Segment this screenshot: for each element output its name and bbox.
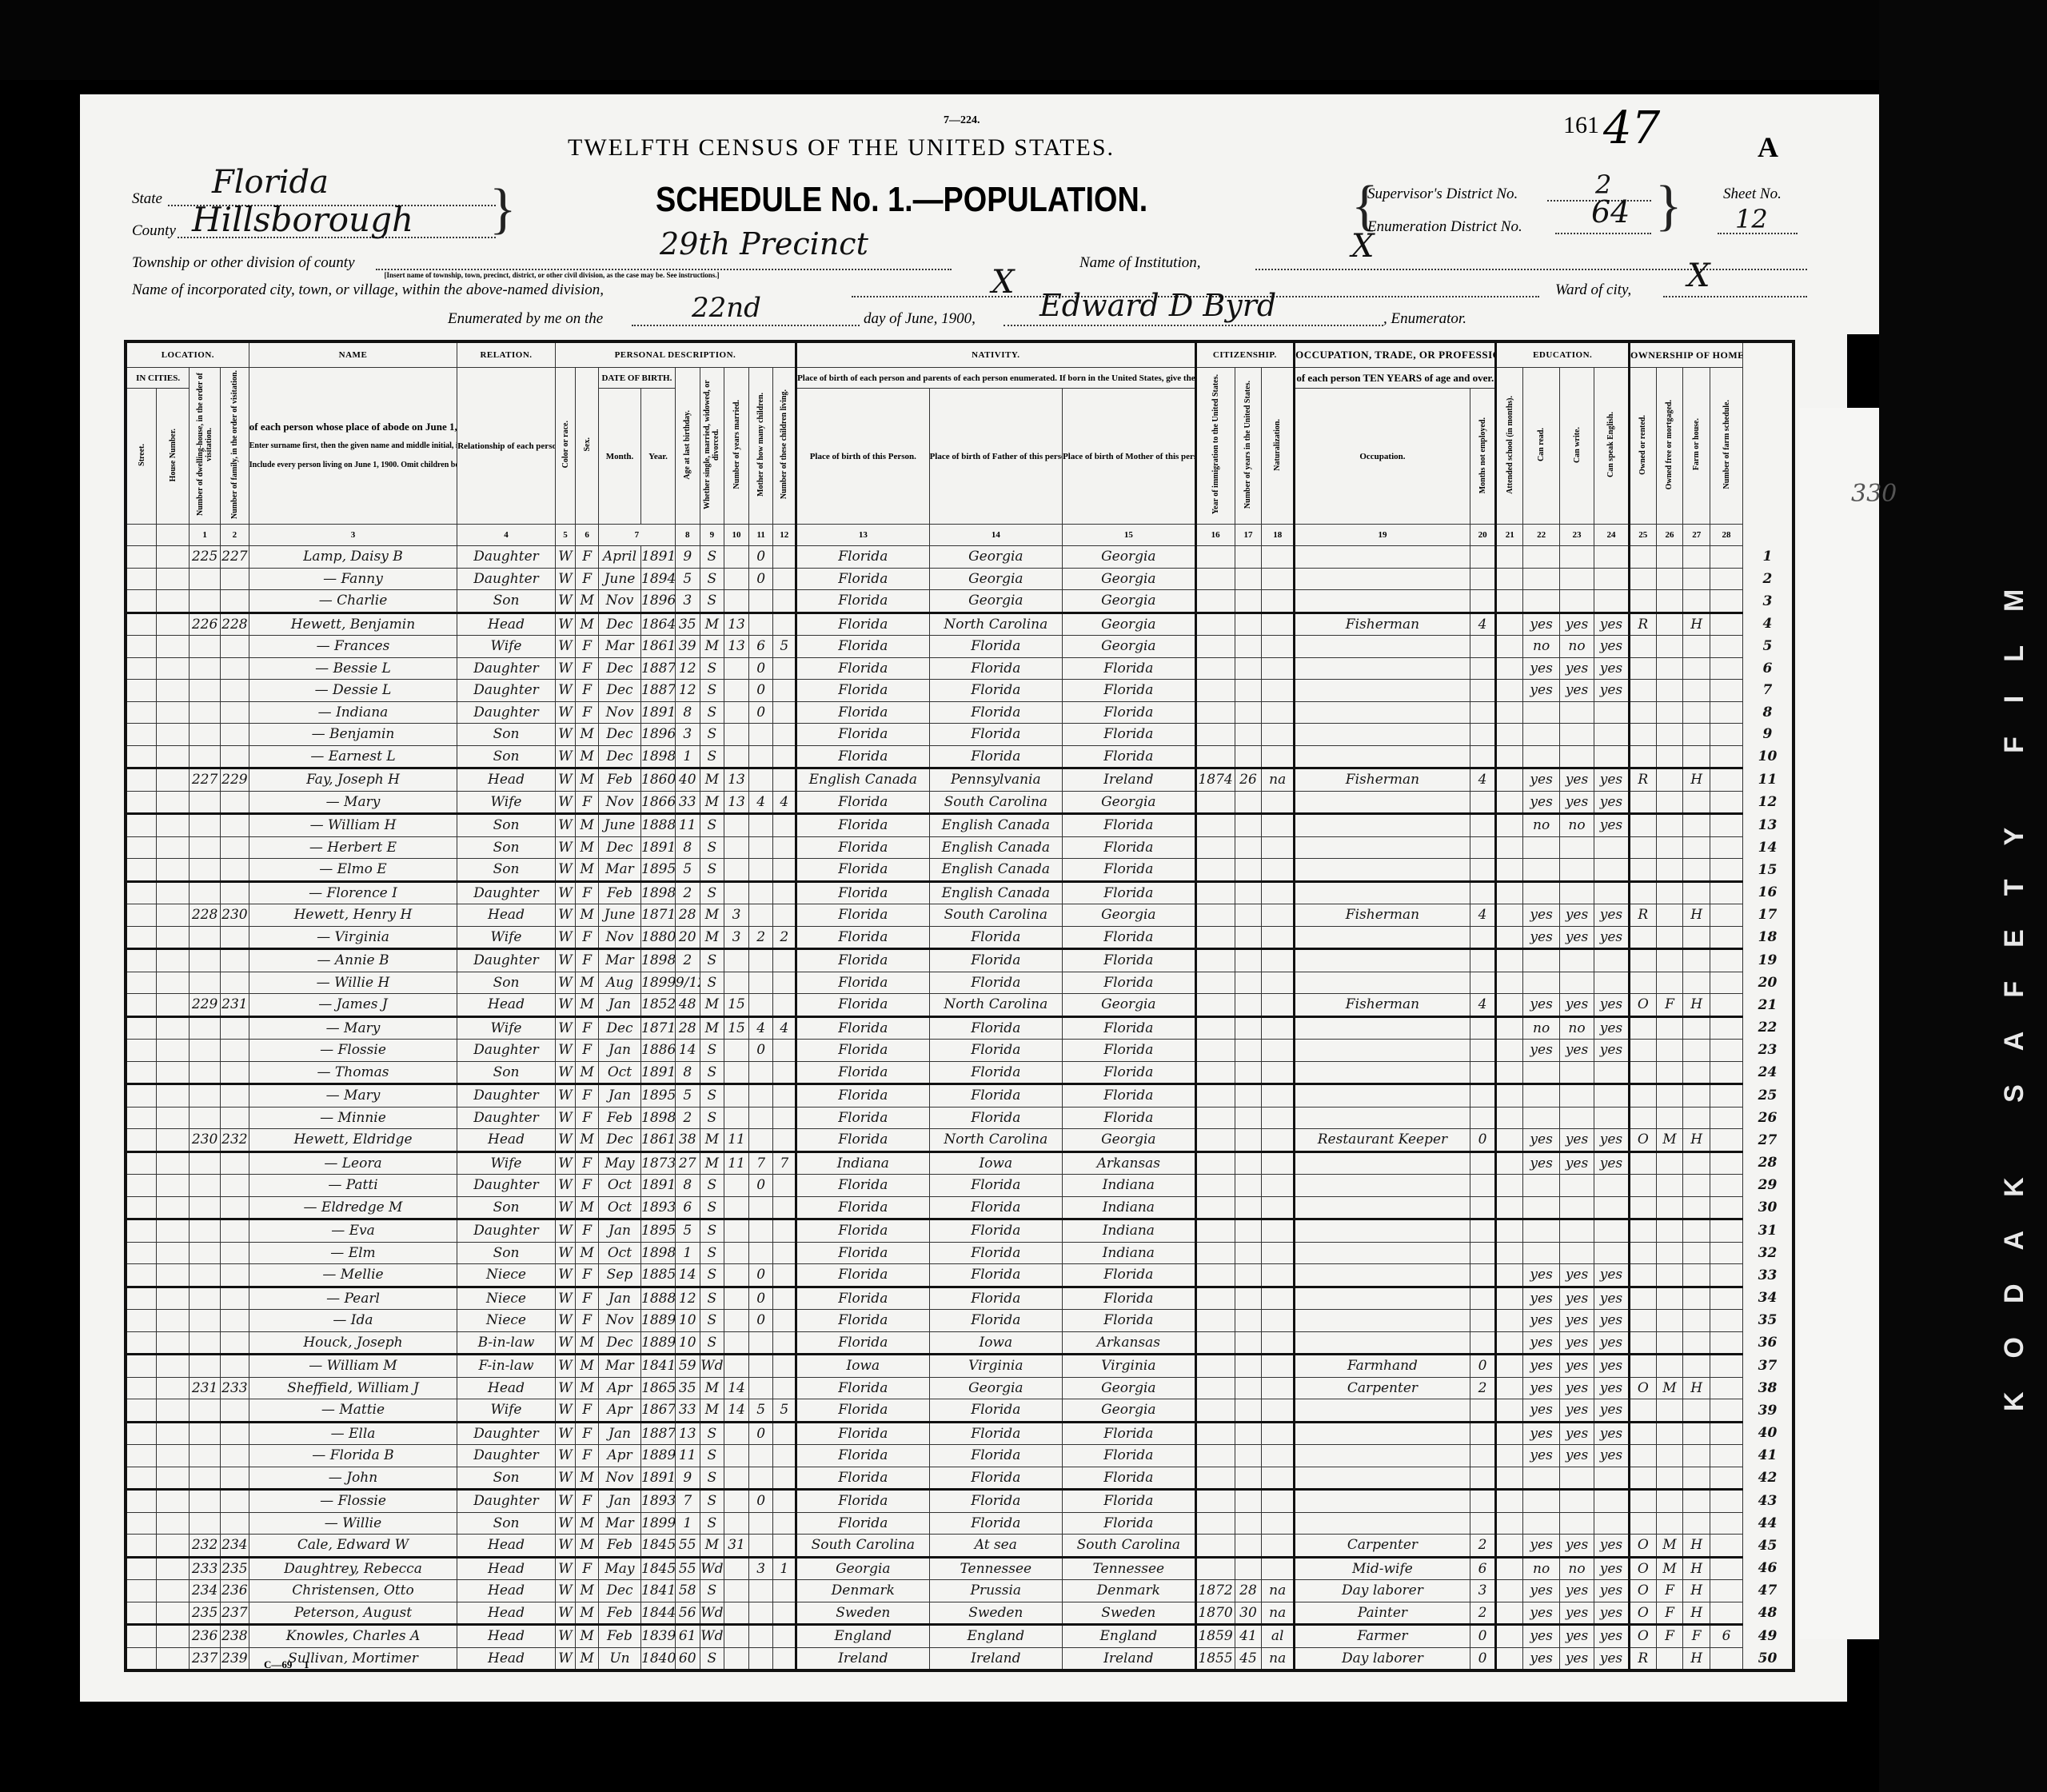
birthplace-father[interactable]: Florida bbox=[929, 657, 1063, 680]
months-unemployed[interactable] bbox=[1470, 745, 1496, 768]
owned-rented[interactable] bbox=[1629, 1399, 1656, 1423]
sex[interactable]: F bbox=[576, 1107, 599, 1129]
children-living[interactable] bbox=[773, 1242, 796, 1264]
school-months[interactable] bbox=[1496, 1331, 1523, 1355]
house-number-cell[interactable] bbox=[157, 814, 190, 837]
color-race[interactable]: W bbox=[555, 1647, 576, 1670]
birthplace-person[interactable]: Iowa bbox=[796, 1355, 930, 1378]
birthplace-mother[interactable]: Denmark bbox=[1063, 1580, 1196, 1602]
color-race[interactable]: W bbox=[555, 1287, 576, 1310]
birthplace-person[interactable]: Florida bbox=[796, 568, 930, 590]
family-number[interactable]: 239 bbox=[220, 1647, 249, 1670]
birth-year[interactable]: 1888 bbox=[641, 1287, 676, 1310]
school-months[interactable] bbox=[1496, 1535, 1523, 1558]
farm-house[interactable] bbox=[1683, 657, 1710, 680]
can-read[interactable]: yes bbox=[1523, 1377, 1560, 1399]
family-number[interactable]: 231 bbox=[220, 994, 249, 1017]
children-living[interactable] bbox=[773, 1219, 796, 1243]
relationship[interactable]: Daughter bbox=[457, 1175, 556, 1197]
occupation[interactable] bbox=[1295, 972, 1470, 994]
free-mortgaged[interactable] bbox=[1656, 949, 1683, 972]
can-read[interactable]: yes bbox=[1523, 1151, 1560, 1175]
color-race[interactable]: W bbox=[555, 881, 576, 904]
school-months[interactable] bbox=[1496, 904, 1523, 927]
birthplace-person[interactable]: Florida bbox=[796, 1467, 930, 1490]
farm-schedule-number[interactable] bbox=[1710, 949, 1743, 972]
birthplace-mother[interactable]: Florida bbox=[1063, 1490, 1196, 1513]
family-number[interactable]: 238 bbox=[220, 1625, 249, 1648]
age[interactable]: 28 bbox=[675, 1016, 700, 1040]
relationship[interactable]: Niece bbox=[457, 1264, 556, 1287]
can-write[interactable]: yes bbox=[1560, 768, 1594, 792]
birth-month[interactable]: Jan bbox=[598, 1040, 640, 1062]
years-in-us[interactable] bbox=[1235, 836, 1262, 859]
age[interactable]: 9/12 bbox=[675, 972, 700, 994]
marital-status[interactable]: S bbox=[700, 1331, 724, 1355]
occupation[interactable] bbox=[1295, 1445, 1470, 1467]
farm-schedule-number[interactable] bbox=[1710, 701, 1743, 724]
birthplace-father[interactable]: English Canada bbox=[929, 881, 1063, 904]
state-value[interactable]: Florida bbox=[212, 164, 329, 201]
house-number-cell[interactable] bbox=[157, 1084, 190, 1108]
dwelling-number[interactable] bbox=[190, 1040, 221, 1062]
immigration-year[interactable] bbox=[1195, 881, 1235, 904]
birthplace-father[interactable]: Florida bbox=[929, 1310, 1063, 1332]
age[interactable]: 35 bbox=[675, 1377, 700, 1399]
farm-schedule-number[interactable] bbox=[1710, 791, 1743, 814]
house-number-cell[interactable] bbox=[157, 1422, 190, 1445]
free-mortgaged[interactable] bbox=[1656, 1355, 1683, 1378]
relationship[interactable]: Daughter bbox=[457, 949, 556, 972]
free-mortgaged[interactable] bbox=[1656, 1264, 1683, 1287]
years-in-us[interactable] bbox=[1235, 701, 1262, 724]
family-number[interactable] bbox=[220, 745, 249, 768]
street-cell[interactable] bbox=[126, 1602, 157, 1625]
mother-of-children[interactable] bbox=[748, 745, 773, 768]
mother-of-children[interactable]: 0 bbox=[748, 1310, 773, 1332]
street-cell[interactable] bbox=[126, 994, 157, 1017]
children-living[interactable] bbox=[773, 1061, 796, 1084]
years-in-us[interactable] bbox=[1235, 1242, 1262, 1264]
years-married[interactable] bbox=[724, 1310, 749, 1332]
children-living[interactable] bbox=[773, 657, 796, 680]
person-name[interactable]: — James J bbox=[249, 994, 457, 1017]
speaks-english[interactable] bbox=[1594, 1219, 1629, 1243]
farm-schedule-number[interactable] bbox=[1710, 613, 1743, 636]
owned-rented[interactable] bbox=[1629, 1175, 1656, 1197]
farm-schedule-number[interactable] bbox=[1710, 546, 1743, 569]
can-write[interactable]: yes bbox=[1560, 1264, 1594, 1287]
months-unemployed[interactable] bbox=[1470, 568, 1496, 590]
birthplace-person[interactable]: Florida bbox=[796, 814, 930, 837]
relationship[interactable]: Head bbox=[457, 1129, 556, 1152]
mother-of-children[interactable] bbox=[748, 1084, 773, 1108]
years-married[interactable] bbox=[724, 1512, 749, 1535]
farm-house[interactable] bbox=[1683, 1242, 1710, 1264]
birthplace-person[interactable]: South Carolina bbox=[796, 1535, 930, 1558]
color-race[interactable]: W bbox=[555, 1377, 576, 1399]
can-write[interactable]: yes bbox=[1560, 1129, 1594, 1152]
months-unemployed[interactable] bbox=[1470, 1016, 1496, 1040]
house-number-cell[interactable] bbox=[157, 1557, 190, 1580]
school-months[interactable] bbox=[1496, 1580, 1523, 1602]
free-mortgaged[interactable] bbox=[1656, 1151, 1683, 1175]
can-write[interactable] bbox=[1560, 1219, 1594, 1243]
years-in-us[interactable] bbox=[1235, 1490, 1262, 1513]
dwelling-number[interactable] bbox=[190, 590, 221, 613]
birthplace-mother[interactable]: Florida bbox=[1063, 949, 1196, 972]
immigration-year[interactable] bbox=[1195, 636, 1235, 658]
can-write[interactable]: yes bbox=[1560, 1647, 1594, 1670]
relationship[interactable]: Son bbox=[457, 1061, 556, 1084]
sex[interactable]: F bbox=[576, 657, 599, 680]
free-mortgaged[interactable] bbox=[1656, 836, 1683, 859]
can-read[interactable]: yes bbox=[1523, 1580, 1560, 1602]
dwelling-number[interactable] bbox=[190, 1355, 221, 1378]
can-write[interactable]: yes bbox=[1560, 904, 1594, 927]
free-mortgaged[interactable] bbox=[1656, 1107, 1683, 1129]
farm-house[interactable] bbox=[1683, 1264, 1710, 1287]
birth-month[interactable]: Jan bbox=[598, 1490, 640, 1513]
occupation[interactable]: Fisherman bbox=[1295, 768, 1470, 792]
years-married[interactable] bbox=[724, 1084, 749, 1108]
can-read[interactable] bbox=[1523, 1196, 1560, 1219]
birthplace-person[interactable]: Florida bbox=[796, 926, 930, 949]
color-race[interactable]: W bbox=[555, 836, 576, 859]
relationship[interactable]: Daughter bbox=[457, 1219, 556, 1243]
school-months[interactable] bbox=[1496, 1422, 1523, 1445]
dwelling-number[interactable] bbox=[190, 1107, 221, 1129]
birthplace-father[interactable]: Florida bbox=[929, 1242, 1063, 1264]
free-mortgaged[interactable]: F bbox=[1656, 994, 1683, 1017]
farm-house[interactable] bbox=[1683, 1287, 1710, 1310]
immigration-year[interactable] bbox=[1195, 814, 1235, 837]
birthplace-father[interactable]: North Carolina bbox=[929, 994, 1063, 1017]
years-married[interactable]: 3 bbox=[724, 926, 749, 949]
owned-rented[interactable] bbox=[1629, 1084, 1656, 1108]
years-married[interactable] bbox=[724, 1219, 749, 1243]
street-cell[interactable] bbox=[126, 1331, 157, 1355]
marital-status[interactable]: S bbox=[700, 1512, 724, 1535]
house-number-cell[interactable] bbox=[157, 613, 190, 636]
years-married[interactable] bbox=[724, 814, 749, 837]
mother-of-children[interactable] bbox=[748, 1377, 773, 1399]
can-write[interactable] bbox=[1560, 949, 1594, 972]
family-number[interactable] bbox=[220, 1196, 249, 1219]
person-name[interactable]: — Florence I bbox=[249, 881, 457, 904]
street-cell[interactable] bbox=[126, 791, 157, 814]
months-unemployed[interactable] bbox=[1470, 881, 1496, 904]
birth-month[interactable]: June bbox=[598, 568, 640, 590]
speaks-english[interactable] bbox=[1594, 949, 1629, 972]
naturalization[interactable] bbox=[1262, 949, 1295, 972]
can-read[interactable] bbox=[1523, 1084, 1560, 1108]
person-name[interactable]: — Eldredge M bbox=[249, 1196, 457, 1219]
farm-schedule-number[interactable] bbox=[1710, 1040, 1743, 1062]
person-name[interactable]: — Charlie bbox=[249, 590, 457, 613]
birth-year[interactable]: 1886 bbox=[641, 1040, 676, 1062]
owned-rented[interactable] bbox=[1629, 1061, 1656, 1084]
birthplace-person[interactable]: Florida bbox=[796, 791, 930, 814]
relationship[interactable]: Head bbox=[457, 1580, 556, 1602]
relationship[interactable]: Wife bbox=[457, 636, 556, 658]
can-write[interactable] bbox=[1560, 972, 1594, 994]
age[interactable]: 8 bbox=[675, 1175, 700, 1197]
school-months[interactable] bbox=[1496, 1084, 1523, 1108]
color-race[interactable]: W bbox=[555, 657, 576, 680]
birthplace-person[interactable]: Florida bbox=[796, 1512, 930, 1535]
immigration-year[interactable] bbox=[1195, 1219, 1235, 1243]
years-in-us[interactable] bbox=[1235, 745, 1262, 768]
dwelling-number[interactable] bbox=[190, 1061, 221, 1084]
birthplace-father[interactable]: North Carolina bbox=[929, 1129, 1063, 1152]
birthplace-mother[interactable]: Ireland bbox=[1063, 768, 1196, 792]
school-months[interactable] bbox=[1496, 1377, 1523, 1399]
dwelling-number[interactable] bbox=[190, 926, 221, 949]
years-in-us[interactable] bbox=[1235, 1445, 1262, 1467]
months-unemployed[interactable] bbox=[1470, 1264, 1496, 1287]
farm-house[interactable] bbox=[1683, 1061, 1710, 1084]
street-cell[interactable] bbox=[126, 724, 157, 746]
birthplace-person[interactable]: Florida bbox=[796, 1399, 930, 1423]
years-married[interactable] bbox=[724, 1242, 749, 1264]
age[interactable]: 5 bbox=[675, 1219, 700, 1243]
sex[interactable]: M bbox=[576, 1647, 599, 1670]
farm-house[interactable] bbox=[1683, 680, 1710, 702]
occupation[interactable] bbox=[1295, 1331, 1470, 1355]
person-name[interactable]: Hewett, Eldridge bbox=[249, 1129, 457, 1152]
occupation[interactable]: Farmhand bbox=[1295, 1355, 1470, 1378]
naturalization[interactable] bbox=[1262, 1535, 1295, 1558]
speaks-english[interactable]: yes bbox=[1594, 1151, 1629, 1175]
sex[interactable]: F bbox=[576, 546, 599, 569]
house-number-cell[interactable] bbox=[157, 1287, 190, 1310]
birthplace-person[interactable]: Florida bbox=[796, 1196, 930, 1219]
owned-rented[interactable] bbox=[1629, 1151, 1656, 1175]
farm-schedule-number[interactable] bbox=[1710, 636, 1743, 658]
months-unemployed[interactable] bbox=[1470, 814, 1496, 837]
birthplace-father[interactable]: Georgia bbox=[929, 590, 1063, 613]
naturalization[interactable] bbox=[1262, 680, 1295, 702]
can-write[interactable] bbox=[1560, 881, 1594, 904]
birthplace-person[interactable]: Florida bbox=[796, 1310, 930, 1332]
can-write[interactable]: yes bbox=[1560, 1602, 1594, 1625]
naturalization[interactable] bbox=[1262, 1512, 1295, 1535]
months-unemployed[interactable]: 0 bbox=[1470, 1129, 1496, 1152]
children-living[interactable] bbox=[773, 859, 796, 882]
free-mortgaged[interactable]: M bbox=[1656, 1557, 1683, 1580]
years-in-us[interactable] bbox=[1235, 1196, 1262, 1219]
can-write[interactable] bbox=[1560, 836, 1594, 859]
relationship[interactable]: Head bbox=[457, 1625, 556, 1648]
birth-year[interactable]: 1871 bbox=[641, 1016, 676, 1040]
enumerator-name[interactable]: Edward D Byrd bbox=[1039, 288, 1276, 323]
can-write[interactable]: no bbox=[1560, 636, 1594, 658]
owned-rented[interactable] bbox=[1629, 1445, 1656, 1467]
months-unemployed[interactable] bbox=[1470, 1512, 1496, 1535]
color-race[interactable]: W bbox=[555, 1016, 576, 1040]
marital-status[interactable]: S bbox=[700, 1061, 724, 1084]
person-name[interactable]: — Elm bbox=[249, 1242, 457, 1264]
birthplace-mother[interactable]: Florida bbox=[1063, 724, 1196, 746]
street-cell[interactable] bbox=[126, 1129, 157, 1152]
immigration-year[interactable] bbox=[1195, 1331, 1235, 1355]
marital-status[interactable]: S bbox=[700, 1287, 724, 1310]
years-in-us[interactable] bbox=[1235, 680, 1262, 702]
years-married[interactable] bbox=[724, 1107, 749, 1129]
birthplace-father[interactable]: Florida bbox=[929, 701, 1063, 724]
birth-month[interactable]: Mar bbox=[598, 1355, 640, 1378]
immigration-year[interactable]: 1874 bbox=[1195, 768, 1235, 792]
mother-of-children[interactable]: 0 bbox=[748, 546, 773, 569]
person-name[interactable]: — Elmo E bbox=[249, 859, 457, 882]
children-living[interactable]: 4 bbox=[773, 791, 796, 814]
can-read[interactable]: yes bbox=[1523, 1331, 1560, 1355]
years-in-us[interactable]: 30 bbox=[1235, 1602, 1262, 1625]
birthplace-mother[interactable]: Georgia bbox=[1063, 791, 1196, 814]
can-write[interactable] bbox=[1560, 724, 1594, 746]
birth-year[interactable]: 1898 bbox=[641, 881, 676, 904]
ward-value[interactable]: X bbox=[1687, 257, 1710, 294]
farm-schedule-number[interactable] bbox=[1710, 1264, 1743, 1287]
house-number-cell[interactable] bbox=[157, 1602, 190, 1625]
age[interactable]: 33 bbox=[675, 791, 700, 814]
birthplace-father[interactable]: Florida bbox=[929, 745, 1063, 768]
farm-schedule-number[interactable] bbox=[1710, 1580, 1743, 1602]
street-cell[interactable] bbox=[126, 881, 157, 904]
street-cell[interactable] bbox=[126, 1151, 157, 1175]
birth-year[interactable]: 1898 bbox=[641, 745, 676, 768]
speaks-english[interactable] bbox=[1594, 568, 1629, 590]
birthplace-father[interactable]: English Canada bbox=[929, 836, 1063, 859]
house-number-cell[interactable] bbox=[157, 949, 190, 972]
family-number[interactable] bbox=[220, 1242, 249, 1264]
birthplace-person[interactable]: Sweden bbox=[796, 1602, 930, 1625]
birthplace-father[interactable]: Iowa bbox=[929, 1331, 1063, 1355]
birthplace-mother[interactable]: Ireland bbox=[1063, 1647, 1196, 1670]
person-name[interactable]: — Indiana bbox=[249, 701, 457, 724]
mother-of-children[interactable] bbox=[748, 1647, 773, 1670]
family-number[interactable] bbox=[220, 1061, 249, 1084]
can-read[interactable]: no bbox=[1523, 1016, 1560, 1040]
naturalization[interactable] bbox=[1262, 1445, 1295, 1467]
naturalization[interactable] bbox=[1262, 1129, 1295, 1152]
years-in-us[interactable] bbox=[1235, 1129, 1262, 1152]
birthplace-person[interactable]: Florida bbox=[796, 1242, 930, 1264]
can-read[interactable]: yes bbox=[1523, 926, 1560, 949]
children-living[interactable]: 7 bbox=[773, 1151, 796, 1175]
free-mortgaged[interactable] bbox=[1656, 657, 1683, 680]
farm-schedule-number[interactable] bbox=[1710, 1242, 1743, 1264]
farm-schedule-number[interactable] bbox=[1710, 680, 1743, 702]
relationship[interactable]: Son bbox=[457, 859, 556, 882]
owned-rented[interactable] bbox=[1629, 590, 1656, 613]
birth-year[interactable]: 1866 bbox=[641, 791, 676, 814]
occupation[interactable] bbox=[1295, 1175, 1470, 1197]
marital-status[interactable]: S bbox=[700, 1040, 724, 1062]
dwelling-number[interactable] bbox=[190, 836, 221, 859]
person-name[interactable]: — Fanny bbox=[249, 568, 457, 590]
months-unemployed[interactable] bbox=[1470, 1175, 1496, 1197]
birth-month[interactable]: Nov bbox=[598, 791, 640, 814]
children-living[interactable] bbox=[773, 836, 796, 859]
naturalization[interactable] bbox=[1262, 1331, 1295, 1355]
birthplace-person[interactable]: Florida bbox=[796, 1219, 930, 1243]
owned-rented[interactable] bbox=[1629, 949, 1656, 972]
free-mortgaged[interactable] bbox=[1656, 1016, 1683, 1040]
birthplace-mother[interactable]: Florida bbox=[1063, 1287, 1196, 1310]
can-read[interactable] bbox=[1523, 590, 1560, 613]
mother-of-children[interactable]: 7 bbox=[748, 1151, 773, 1175]
birthplace-father[interactable]: Florida bbox=[929, 926, 1063, 949]
free-mortgaged[interactable]: F bbox=[1656, 1580, 1683, 1602]
can-write[interactable]: yes bbox=[1560, 1422, 1594, 1445]
can-write[interactable] bbox=[1560, 745, 1594, 768]
birth-year[interactable]: 1891 bbox=[641, 836, 676, 859]
birth-month[interactable]: Feb bbox=[598, 1625, 640, 1648]
farm-house[interactable] bbox=[1683, 1084, 1710, 1108]
immigration-year[interactable] bbox=[1195, 1310, 1235, 1332]
birthplace-mother[interactable]: Virginia bbox=[1063, 1355, 1196, 1378]
street-cell[interactable] bbox=[126, 590, 157, 613]
naturalization[interactable] bbox=[1262, 590, 1295, 613]
relationship[interactable]: Son bbox=[457, 972, 556, 994]
years-in-us[interactable] bbox=[1235, 724, 1262, 746]
birth-month[interactable]: Dec bbox=[598, 1580, 640, 1602]
sex[interactable]: F bbox=[576, 791, 599, 814]
family-number[interactable]: 236 bbox=[220, 1580, 249, 1602]
mother-of-children[interactable] bbox=[748, 1535, 773, 1558]
naturalization[interactable]: na bbox=[1262, 1647, 1295, 1670]
immigration-year[interactable] bbox=[1195, 745, 1235, 768]
farm-house[interactable] bbox=[1683, 1016, 1710, 1040]
birth-month[interactable]: May bbox=[598, 1557, 640, 1580]
occupation[interactable]: Carpenter bbox=[1295, 1377, 1470, 1399]
birth-year[interactable]: 1845 bbox=[641, 1557, 676, 1580]
farm-house[interactable]: H bbox=[1683, 1647, 1710, 1670]
mother-of-children[interactable] bbox=[748, 836, 773, 859]
immigration-year[interactable] bbox=[1195, 1287, 1235, 1310]
months-unemployed[interactable] bbox=[1470, 546, 1496, 569]
relationship[interactable]: Son bbox=[457, 745, 556, 768]
relationship[interactable]: Daughter bbox=[457, 701, 556, 724]
immigration-year[interactable] bbox=[1195, 680, 1235, 702]
free-mortgaged[interactable] bbox=[1656, 1467, 1683, 1490]
immigration-year[interactable] bbox=[1195, 1377, 1235, 1399]
birth-year[interactable]: 1891 bbox=[641, 546, 676, 569]
birthplace-mother[interactable]: Florida bbox=[1063, 859, 1196, 882]
farm-house[interactable] bbox=[1683, 1151, 1710, 1175]
age[interactable]: 5 bbox=[675, 1084, 700, 1108]
naturalization[interactable] bbox=[1262, 1175, 1295, 1197]
years-in-us[interactable] bbox=[1235, 1219, 1262, 1243]
birthplace-father[interactable]: Florida bbox=[929, 1084, 1063, 1108]
school-months[interactable] bbox=[1496, 1196, 1523, 1219]
street-cell[interactable] bbox=[126, 972, 157, 994]
children-living[interactable] bbox=[773, 1512, 796, 1535]
relationship[interactable]: Daughter bbox=[457, 1422, 556, 1445]
birth-year[interactable]: 1891 bbox=[641, 1175, 676, 1197]
immigration-year[interactable] bbox=[1195, 972, 1235, 994]
farm-schedule-number[interactable] bbox=[1710, 1016, 1743, 1040]
color-race[interactable]: W bbox=[555, 636, 576, 658]
farm-schedule-number[interactable] bbox=[1710, 590, 1743, 613]
years-married[interactable] bbox=[724, 1355, 749, 1378]
family-number[interactable] bbox=[220, 680, 249, 702]
children-living[interactable]: 5 bbox=[773, 636, 796, 658]
birthplace-person[interactable]: Denmark bbox=[796, 1580, 930, 1602]
mother-of-children[interactable] bbox=[748, 1331, 773, 1355]
